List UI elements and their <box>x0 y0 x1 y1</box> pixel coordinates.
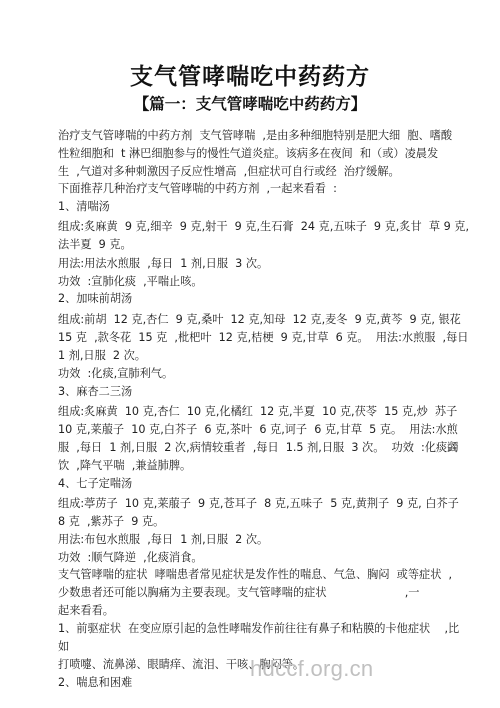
body-text-line: 起来看看。 <box>58 603 114 618</box>
body-text-line: 8 克 ,紫苏子 9 克。 <box>58 514 164 529</box>
body-text-line: 服 ,每日 1 剂,日服 2 次,病情较重者 ,每日 1.5 剂,日服 3 次。… <box>58 440 458 455</box>
body-text-line: 1、前驱症状 在变应原引起的急性哮喘发作前往往有鼻子和粘膜的卡他症状 ,比 <box>58 621 459 636</box>
watermark-text: hdccf.org.cn <box>250 656 373 682</box>
body-text-line: 1 剂,日服 2 次。 <box>58 348 146 363</box>
body-text-line: 功效 :宣肺化痰 ,平喘止咳。 <box>58 274 203 289</box>
body-text-line: 用法:用法水煎服 ,每日 1 剂,日服 3 次。 <box>58 256 268 271</box>
body-text-line: 10 克,莱菔子 10 克,白芥子 6 克,茶叶 6 克,诃子 6 克,甘草 5… <box>58 422 458 437</box>
body-text-line: 性粒细胞和 t 淋巴细胞参与的慢性气道炎症。该病多在夜间 和（或）凌晨发 <box>58 146 438 161</box>
body-text-line: 4、七子定喘汤 <box>58 476 132 491</box>
body-text-line: 组成:炙麻黄 9 克,细辛 9 克,射干 9 克,生石膏 24 克,五味子 9 … <box>58 219 469 234</box>
body-text-line: 生 ,气道对多种刺激因子反应性增高 ,但症状可自行或经 治疗缓解。 <box>58 164 400 179</box>
body-text-line: 下面推荐几种治疗支气管哮喘的中药方剂 ,一起来看看 : <box>58 181 337 196</box>
body-text-line: 支气管哮喘的症状 哮喘患者常见症状是发作性的喘息、气急、胸闷 或等症状 , <box>58 567 452 582</box>
body-text-line: 2、加味前胡汤 <box>58 291 132 306</box>
body-text-line: 组成:葶苈子 10 克,莱菔子 9 克,苍耳子 8 克,五味子 5 克,黄荆子 … <box>58 496 459 511</box>
body-text-line: 法半夏 9 克。 <box>58 237 132 252</box>
body-text-line: 治疗支气管哮喘的中药方剂 支气管哮喘 ,是由多种细胞特别是肥大细 胞、嗜酸 <box>58 128 452 143</box>
body-text-line: 3、麻杏二三汤 <box>58 384 132 399</box>
body-text-line: 如 <box>58 639 69 654</box>
body-text-line: 1、清喘汤 <box>58 199 110 214</box>
body-text-line: 饮 ,降气平喘 ,兼益肺脾。 <box>58 458 191 473</box>
body-text-line: 组成:炙麻黄 10 克,杏仁 10 克,化橘红 12 克,半夏 10 克,茯苓 … <box>58 404 457 419</box>
document-title: 支气管哮喘吃中药药方 <box>0 58 500 91</box>
body-text-line: 少数患者还可能以胸痛为主要表现。支气管哮喘的症状 ,一 <box>58 585 419 600</box>
body-text-line: 组成:前胡 12 克,杏仁 9 克,桑叶 12 克,知母 12 克,麦冬 9 克… <box>58 312 461 327</box>
body-text-line: 功效 :化痰,宣肺利气。 <box>58 366 173 381</box>
body-text-line: 用法:布包水煎服 ,每日 1 剂,日服 2 次。 <box>58 532 268 547</box>
document-subtitle: 【篇一：支气管哮喘吃中药药方】 <box>0 92 500 114</box>
body-text-line: 15 克 ,款冬花 15 克 ,枇杷叶 12 克,桔梗 9 克,甘草 6 克。 … <box>58 330 469 345</box>
body-text-line: 2、喘息和困难 <box>58 675 132 690</box>
body-text-line: 功效 :顺气降逆 ,化痰消食。 <box>58 550 203 565</box>
